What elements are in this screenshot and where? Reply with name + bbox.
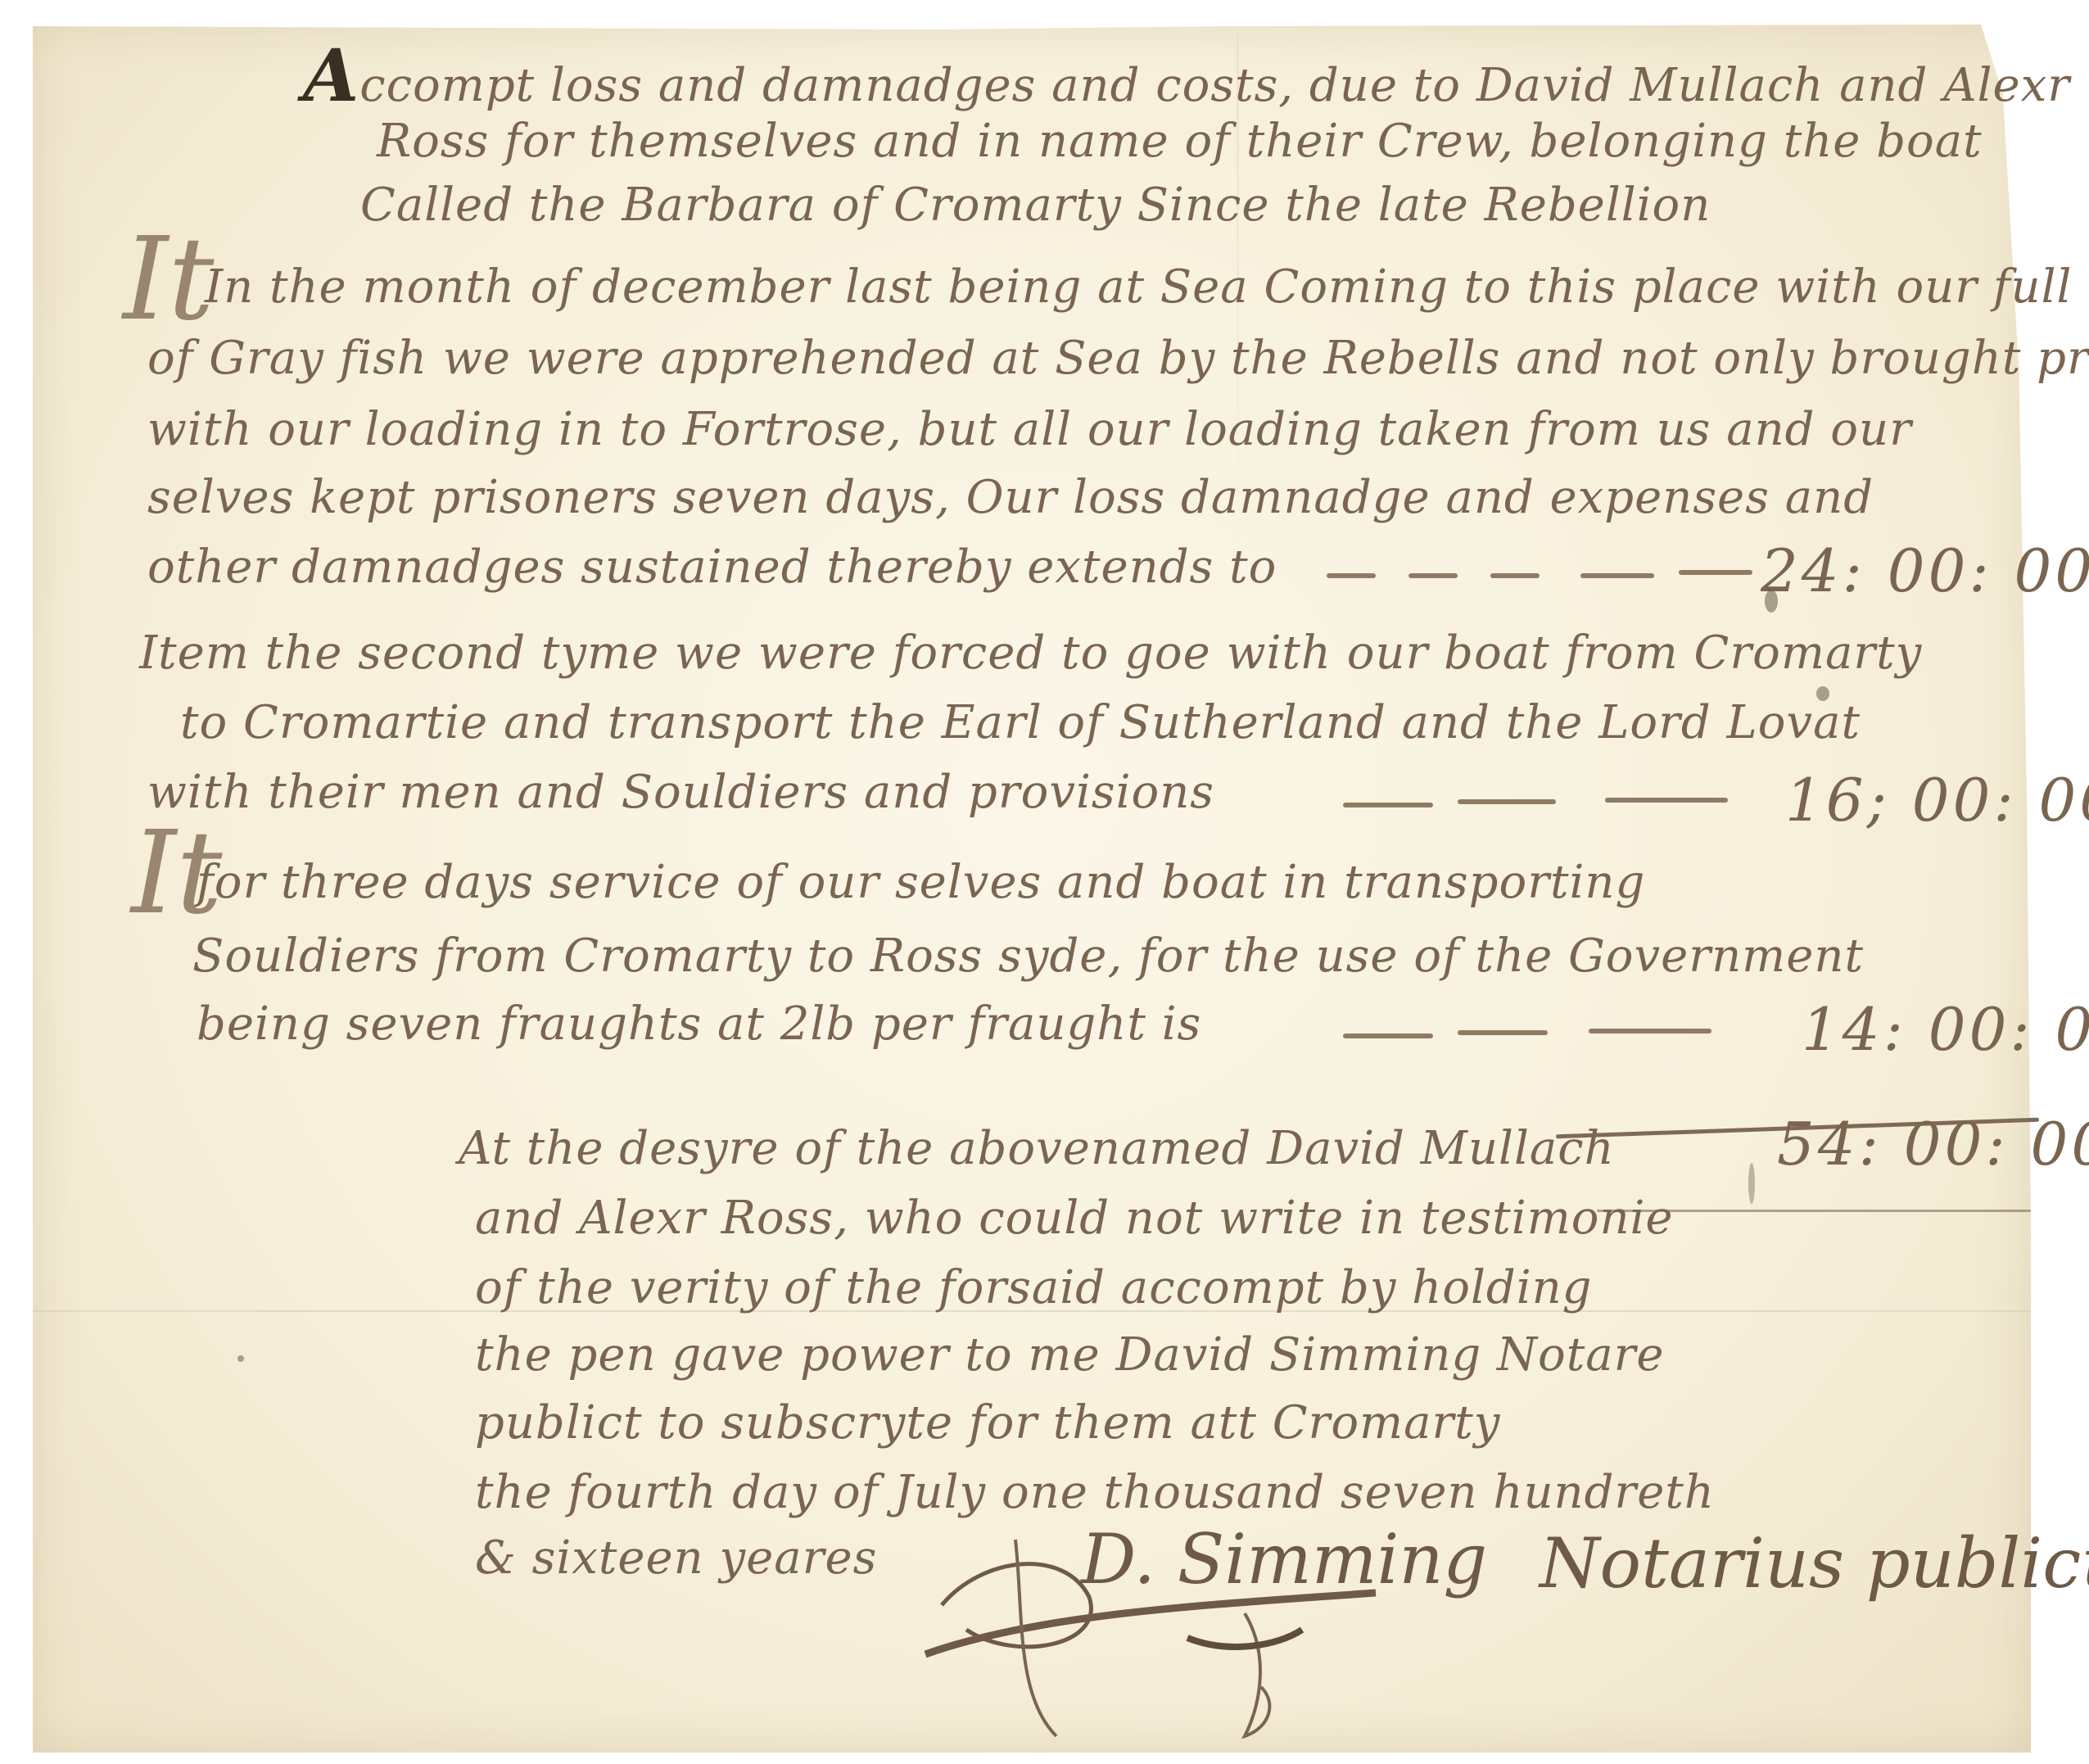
attestation-line-4: the pen gave power to me David Simming N…	[475, 1328, 1665, 1382]
item-1-line-1: In the month of december last being at S…	[205, 260, 2089, 314]
leader-dash	[1679, 570, 1752, 575]
leader-dash	[1458, 799, 1556, 804]
item-2-amount: 16; 00: 00	[1785, 766, 2089, 835]
leader-dash	[1605, 798, 1728, 803]
item-3-amount: 14: 00: 0	[1802, 995, 2089, 1064]
item-2-line-3: with their men and Souldiers and provisi…	[147, 766, 1214, 819]
attestation-line-7: & sixteen yeares	[475, 1531, 877, 1585]
heading-initial: A	[303, 33, 359, 118]
signature-name: D. Simming	[1081, 1519, 1487, 1599]
item-1-line-5: other damnadges sustained thereby extend…	[147, 541, 1277, 594]
leader-dash	[1490, 573, 1540, 578]
ink-spot	[237, 1355, 244, 1362]
item-3-line-1: for three days service of our selves and…	[197, 856, 1645, 909]
total-amount: 54: 00: 00	[1777, 1110, 2089, 1178]
leader-dash	[1343, 803, 1433, 807]
attestation-line-5: publict to subscryte for them att Cromar…	[475, 1396, 1500, 1450]
heading-line-2: Ross for themselves and in name of their…	[377, 115, 1983, 168]
leader-dash	[1458, 1030, 1548, 1035]
item-2-line-2: to Cromartie and transport the Earl of S…	[180, 696, 1861, 749]
leader-dash	[1589, 1029, 1711, 1034]
item-2-line-1: Item the second tyme we were forced to g…	[139, 626, 1922, 680]
item-3-line-2: Souldiers from Cromarty to Ross syde, fo…	[192, 929, 1864, 983]
ink-spot	[1765, 590, 1778, 613]
ink-spot	[1748, 1163, 1755, 1204]
item-1-amount: 24: 00: 00	[1761, 536, 2089, 605]
leader-dash	[1343, 1034, 1433, 1038]
signature-title: Notarius publicus	[1540, 1523, 2089, 1603]
item-1-line-3: with our loading in to Fortrose, but all…	[147, 403, 1912, 456]
item-mark: It	[123, 213, 215, 346]
leader-dash	[1580, 573, 1654, 578]
item-1-line-2: of Gray fish we were apprehended at Sea …	[147, 332, 2089, 385]
attestation-line-2: and Alexr Ross, who could not write in t…	[475, 1192, 1674, 1245]
attestation-line-1: At the desyre of the abovenamed David Mu…	[459, 1122, 1615, 1175]
attestation-line-3: of the verity of the forsaid accompt by …	[475, 1261, 1593, 1314]
leader-dash	[1327, 573, 1376, 578]
ink-spot	[1816, 686, 1829, 701]
heading-line-3: Called the Barbara of Cromarty Since the…	[360, 179, 1711, 232]
heading-line-1: Accompt loss and damnadges and costs, du…	[303, 33, 2070, 118]
leader-dash	[1408, 573, 1458, 578]
item-1-line-4: selves kept prisoners seven days, Our lo…	[147, 471, 1874, 524]
heading-text-1: ccompt loss and damnadges and costs, due…	[359, 59, 2070, 112]
item-3-line-3: being seven fraughts at 2lb per fraught …	[197, 997, 1201, 1051]
